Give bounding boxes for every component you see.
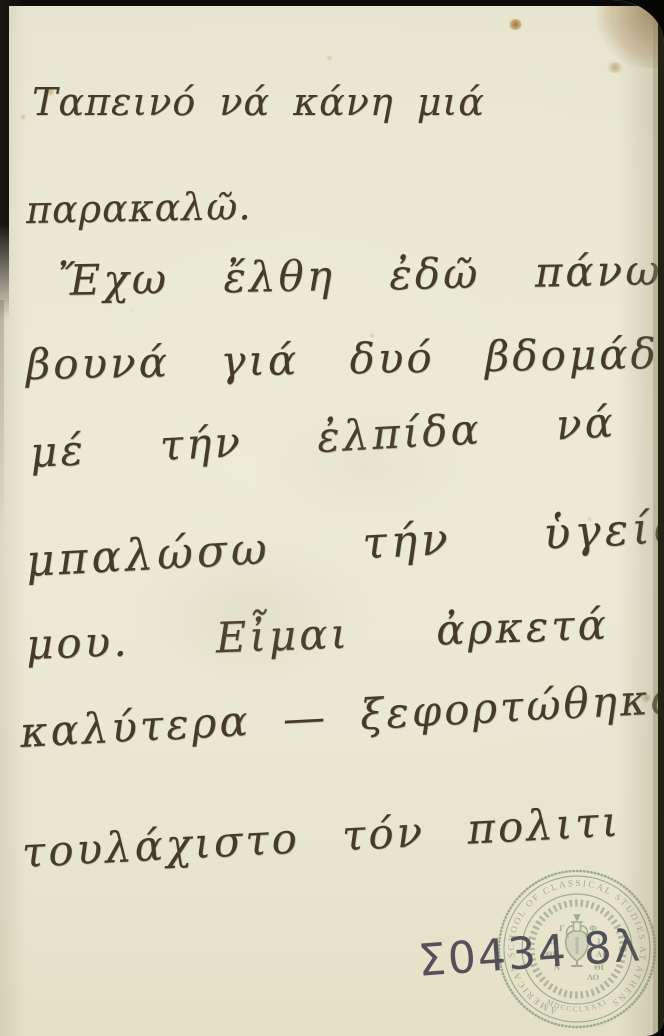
handwriting-line: βουνά γιά δυό βδομάδες	[26, 328, 664, 389]
handwriting-line: μέ τήν ἐλπίδα νά	[29, 397, 617, 477]
letter-page: Ταπεινό νά κάνη μιά παρακαλῶ. Ἔχω ἔλθη ἐ…	[0, 0, 664, 1036]
scan-edge-left-fade	[0, 300, 4, 540]
foxing-spot	[20, 114, 26, 120]
foxing-spot	[509, 19, 522, 30]
handwriting-line: μπαλώσω τήν ὑγεία	[25, 501, 664, 587]
handwriting-line: Ἔχω ἔλθη ἐδῶ πάνω στά	[58, 243, 664, 305]
scan-edge-right	[658, 0, 664, 1036]
handwriting-line: παρακαλῶ.	[26, 184, 252, 232]
scan-edge-left	[0, 0, 9, 320]
handwriting-line: μου. Εἶμαι ἀρκετά	[25, 600, 610, 669]
handwriting-line: Ταπεινό νά κάνη μιά	[32, 80, 485, 124]
scanned-letter-canvas: Ταπεινό νά κάνη μιά παρακαλῶ. Ἔχω ἔλθη ἐ…	[0, 0, 664, 1036]
handwriting-line: καλύτερα — ξεφορτώθηκα	[19, 673, 664, 757]
foxing-spot	[326, 55, 333, 61]
scan-edge-top	[0, 0, 664, 6]
foxing-spot	[606, 62, 624, 73]
